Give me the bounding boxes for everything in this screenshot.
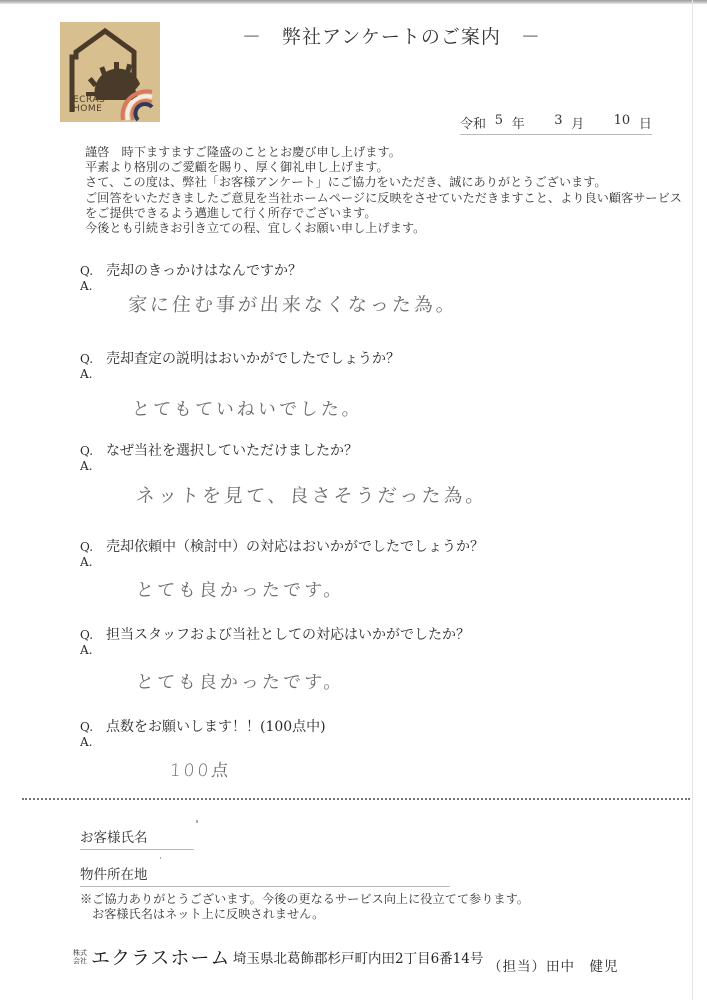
note-line-2: お客様氏名はネット上に反映されません。 xyxy=(80,907,529,922)
greeting-line: ご回答をいただきましたご意見を当社ホームページに反映をさせていただきますこと、よ… xyxy=(85,191,665,206)
qa-item-4: Q.売却依頼中（検討中）の対応はおいかがでしたでしょうか？ A. xyxy=(80,538,640,569)
q-label: Q. xyxy=(80,626,106,644)
answer-handwritten-4: とても良かったです。 xyxy=(135,576,345,602)
greeting-line: 謹啓 時下ますますご隆盛のこととお慶び申し上げます。 xyxy=(85,145,665,160)
date-day-unit: 日 xyxy=(639,113,652,132)
qa-item-1: Q.売却のきっかけはなんですか？ A. xyxy=(80,262,640,293)
question-text: 売却のきっかけはなんですか？ xyxy=(106,262,302,280)
q-label: Q. xyxy=(80,262,106,280)
date-line: 令和 5 年 3 月 10 日 xyxy=(460,113,652,135)
greeting-line: 平素より格別のご愛顧を賜り、厚く御礼申し上げます。 xyxy=(85,160,665,175)
answer-handwritten-6: 100点 xyxy=(169,756,232,781)
scan-speck xyxy=(160,857,161,859)
note-text: ※ご協力ありがとうございます。今後の更なるサービス向上に役立てて参ります。 お客… xyxy=(80,892,529,922)
question-text: 担当スタッフおよび当社としての対応はいかがでしたか？ xyxy=(106,626,470,644)
staff-in-charge: （担当）田中 健児 xyxy=(488,955,619,975)
company-address: 埼玉県北葛飾郡杉戸町内田2丁目6番14号 xyxy=(233,947,483,967)
company-prefix-1: 株式 xyxy=(73,949,89,957)
scan-right-edge xyxy=(692,0,693,1000)
date-year: 5 xyxy=(495,113,503,132)
date-month: 3 xyxy=(554,113,562,132)
company-name: エクラスホーム xyxy=(91,943,230,970)
question-text: 売却依頼中（検討中）の対応はおいかがでしたでしょうか？ xyxy=(106,538,484,556)
answer-handwritten-1: 家に住む事が出来なくなった為。 xyxy=(127,290,459,317)
q-label: Q. xyxy=(80,350,106,368)
answer-handwritten-2: とてもていねいでした。 xyxy=(131,395,364,421)
greeting-line: さて、この度は、弊社「お客様アンケート」にご協力をいただき、誠にありがとうござい… xyxy=(85,175,665,190)
scan-speck xyxy=(196,820,198,823)
question-text: 売却査定の説明はおいかがでしたでしょうか？ xyxy=(106,350,400,368)
customer-name-field[interactable]: お客様氏名 xyxy=(80,826,194,850)
date-era: 令和 xyxy=(460,113,486,132)
staff-label: （担当） xyxy=(488,959,546,975)
qa-item-2: Q.売却査定の説明はおいかがでしたでしょうか？ A. xyxy=(80,350,640,381)
a-label: A. xyxy=(80,368,640,381)
company-signature: 株式 会社 エクラスホーム xyxy=(73,943,230,970)
logo-line-2: HOME xyxy=(73,105,105,114)
scan-top-edge xyxy=(0,0,707,4)
q-label: Q. xyxy=(80,442,106,460)
page-title: － 弊社アンケートのご案内 － xyxy=(242,22,541,49)
a-label: A. xyxy=(80,556,640,569)
answer-handwritten-3: ネットを見て、良さそうだった為。 xyxy=(135,481,489,508)
answer-handwritten-5: とても良かったです。 xyxy=(135,668,345,694)
greeting-line: をご提供できるよう邁進して行く所存でございます。 xyxy=(85,206,665,221)
qa-item-6: Q.点数をお願いします！！(100点中) A. xyxy=(80,718,640,749)
company-type-mark: 株式 会社 xyxy=(73,949,89,965)
qa-item-5: Q.担当スタッフおよび当社としての対応はいかがでしたか？ A. xyxy=(80,626,640,657)
question-text: 点数をお願いします！！(100点中) xyxy=(106,718,326,736)
q-label: Q. xyxy=(80,718,106,736)
property-location-field[interactable]: 物件所在地 xyxy=(80,863,450,887)
staff-name: 田中 健児 xyxy=(546,959,619,975)
greeting-paragraph: 謹啓 時下ますますご隆盛のこととお慶び申し上げます。 平素より格別のご愛顧を賜り… xyxy=(85,145,665,236)
q-label: Q. xyxy=(80,538,106,556)
logo-text: ECRAS HOME xyxy=(73,96,105,114)
dotted-divider xyxy=(22,798,690,800)
greeting-line: 今後とも引続きお引き立ての程、宜しくお願い申し上げます。 xyxy=(85,221,665,236)
a-label: A. xyxy=(80,460,640,473)
date-month-unit: 月 xyxy=(571,113,584,132)
qa-item-3: Q.なぜ当社を選択していただけましたか？ A. xyxy=(80,442,640,473)
a-label: A. xyxy=(80,644,640,657)
a-label: A. xyxy=(80,736,640,749)
company-prefix-2: 会社 xyxy=(73,957,89,965)
date-day: 10 xyxy=(614,113,631,132)
question-text: なぜ当社を選択していただけましたか？ xyxy=(106,442,358,460)
company-logo: ECRAS HOME xyxy=(60,22,160,122)
note-line-1: ※ご協力ありがとうございます。今後の更なるサービス向上に役立てて参ります。 xyxy=(80,892,529,907)
date-year-unit: 年 xyxy=(512,113,525,132)
